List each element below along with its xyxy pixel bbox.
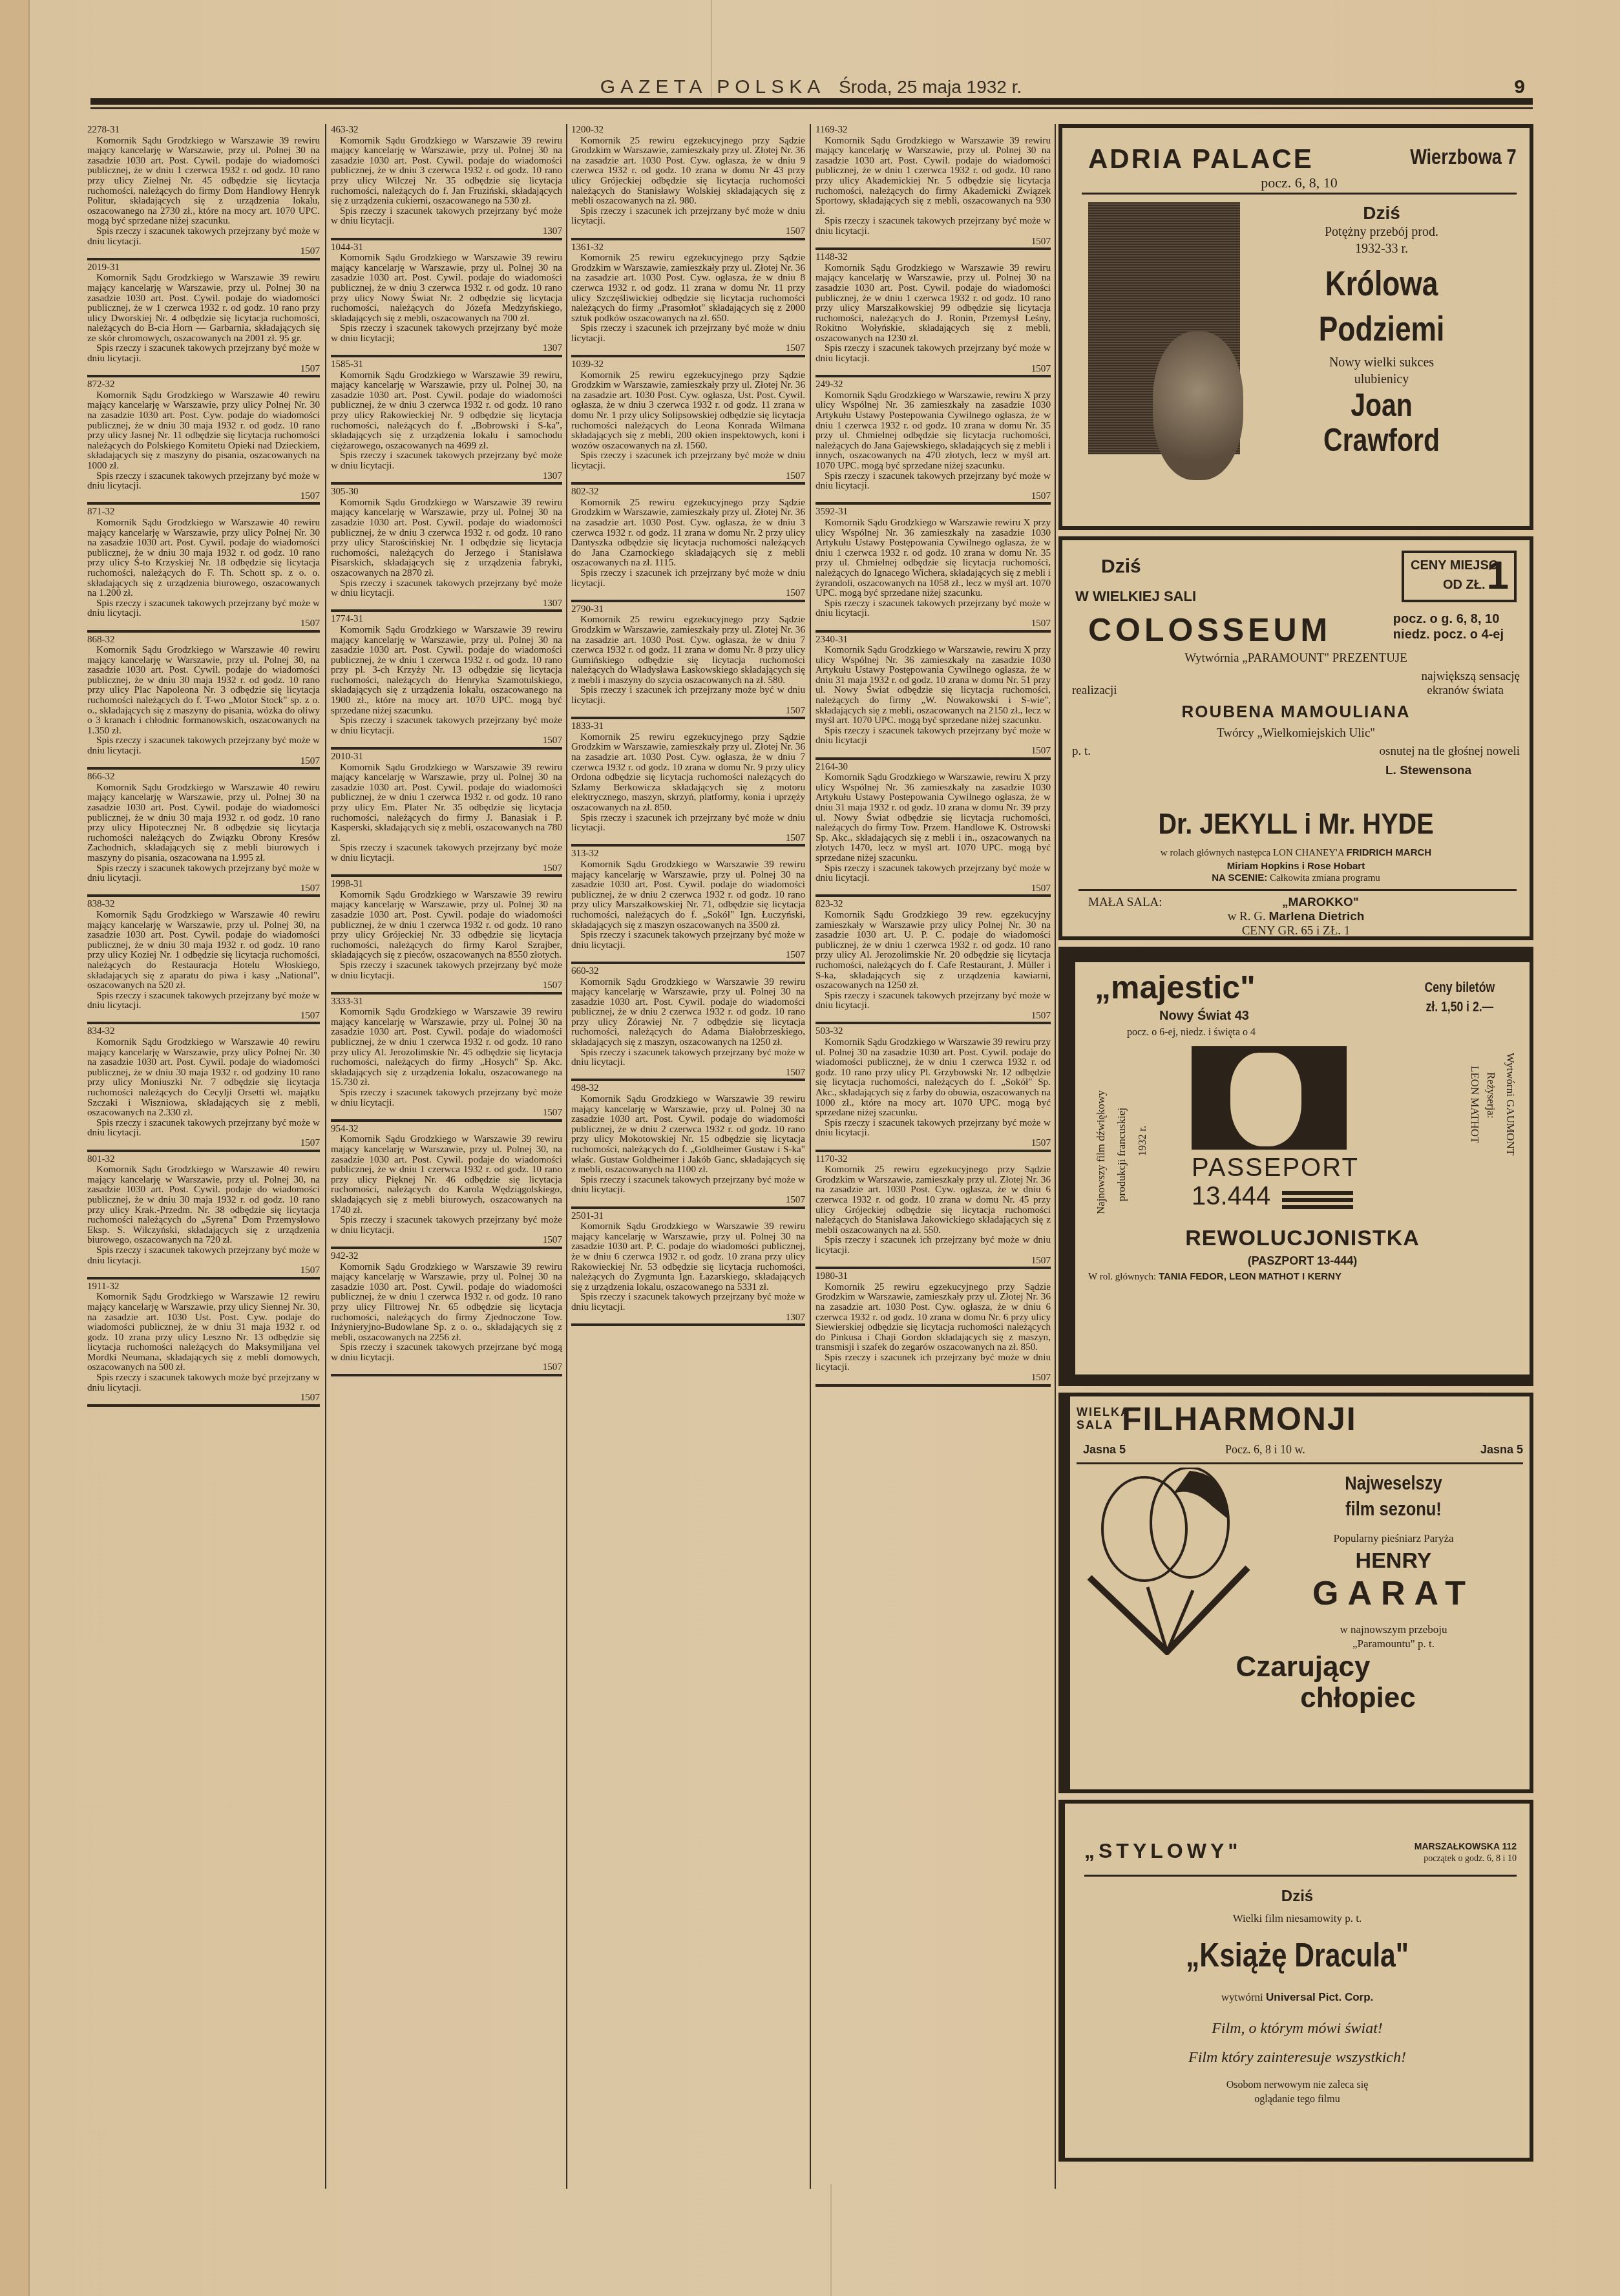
notice-inventory-note: Spis rzeczy i szacunek takowych może być… bbox=[87, 1373, 320, 1393]
notice-inventory-note: Spis rzeczy i szacunek takowych przejrza… bbox=[331, 206, 562, 226]
page-edge bbox=[0, 0, 30, 2296]
legal-notice: 834-32Komornik Sądu Grodzkiego w Warszaw… bbox=[87, 1026, 320, 1152]
case-number: 1911-32 bbox=[87, 1282, 320, 1292]
notice-inventory-note: Spis rzeczy i szacunek ich przejrzany by… bbox=[571, 450, 805, 470]
notice-code: 1507 bbox=[571, 833, 805, 843]
notice-code: 1507 bbox=[815, 491, 1051, 501]
cast: W rol. głównych: TANIA FEDOR, LEON MATHO… bbox=[1088, 1271, 1523, 1283]
page-number: 9 bbox=[1514, 76, 1525, 98]
cinema-name: COLOSSEUM bbox=[1088, 611, 1331, 649]
notice-body: Komornik Sądu Grodzkiego w Warszawie 39 … bbox=[571, 1221, 805, 1292]
notice-body: Komornik Sądu Grodzkiego 39 rew. egzekuc… bbox=[815, 910, 1051, 991]
notice-inventory-note: Spis rzeczy i szacunek takowych przejrza… bbox=[571, 930, 805, 950]
notice-inventory-note: Spis rzeczy i szacunek takowych przejrza… bbox=[87, 343, 320, 363]
showtimes: pocz. 6, 8, 10 bbox=[1082, 174, 1517, 191]
legal-notice: 660-32Komornik Sądu Grodzkiego w Warszaw… bbox=[571, 965, 805, 1082]
notice-code: 1507 bbox=[571, 343, 805, 353]
small-film: „MAROKKO" bbox=[1282, 896, 1520, 910]
notice-body: Komornik Sądu Grodzkiego w Warszawie 39 … bbox=[815, 263, 1051, 344]
legal-notice: 823-32Komornik Sądu Grodzkiego 39 rew. e… bbox=[815, 898, 1051, 1024]
case-number: 2790-31 bbox=[571, 605, 805, 615]
case-number: 3333-31 bbox=[331, 997, 562, 1007]
case-number: 1361-32 bbox=[571, 243, 805, 253]
showtimes: pocz. o 6-ej, niedz. i święta o 4 bbox=[1127, 1027, 1256, 1038]
notice-code: 1507 bbox=[331, 1108, 562, 1118]
column-divider bbox=[325, 124, 326, 2189]
notice-code: 1507 bbox=[815, 746, 1051, 756]
legal-notice: 498-32Komornik Sądu Grodzkiego w Warszaw… bbox=[571, 1082, 805, 1208]
today-label: Dziś bbox=[1065, 1888, 1530, 1906]
notice-code: 1507 bbox=[87, 1393, 320, 1403]
notice-body: Komornik Sądu Grodzkiego w Warszawie 39 … bbox=[571, 1094, 805, 1175]
notice-code: 1507 bbox=[571, 950, 805, 960]
legal-notice: 1998-31Komornik Sądu Grodzkiego w Warsza… bbox=[331, 878, 562, 995]
notice-body: Komornik 25 rewiru egzekucyjnego przy Są… bbox=[815, 1282, 1051, 1353]
notice-body: Komornik Sądu Grodzkiego w Warszawie 40 … bbox=[87, 518, 320, 598]
notice-code: 1507 bbox=[87, 618, 320, 629]
slogan-2: Film który zainteresuje wszystkich! bbox=[1065, 2049, 1530, 2067]
notice-code: 1507 bbox=[571, 588, 805, 598]
case-number: 868-32 bbox=[87, 635, 320, 646]
notice-inventory-note: Spis rzeczy i szacunek takowych przejrza… bbox=[815, 216, 1051, 236]
case-number: 954-32 bbox=[331, 1124, 562, 1135]
notices-column-1: 2278-31Komornik Sądu Grodzkiego w Warsza… bbox=[87, 124, 320, 1408]
notice-code: 1307 bbox=[331, 226, 562, 237]
legal-notice: 868-32Komornik Sądu Grodzkiego w Warszaw… bbox=[87, 634, 320, 770]
notice-code: 1307 bbox=[331, 471, 562, 481]
star-name: Joan bbox=[1268, 388, 1495, 423]
case-number: 2019-31 bbox=[87, 263, 320, 273]
notice-code: 1507 bbox=[87, 491, 320, 501]
notice-body: Komornik Sądu Grodzkiego w Warszawie 39 … bbox=[331, 1134, 562, 1215]
notice-code: 1507 bbox=[87, 1138, 320, 1148]
case-number: 1169-32 bbox=[815, 125, 1051, 136]
legal-notice: 871-32Komornik Sądu Grodzkiego w Warszaw… bbox=[87, 506, 320, 632]
cinema-name: FILHARMONJI bbox=[1122, 1400, 1357, 1438]
legal-notice: 1833-31Komornik 25 rewiru egzekucyjnego … bbox=[571, 721, 805, 847]
notice-inventory-note: Spis rzeczy i szacunek takowych przejrza… bbox=[87, 1245, 320, 1265]
notice-code: 1507 bbox=[815, 364, 1051, 374]
notice-inventory-note: Spis rzeczy i szacunek takowych przejrza… bbox=[331, 1215, 562, 1235]
notices-column-3: 1200-32Komornik 25 rewiru egzekucyjnego … bbox=[571, 124, 805, 1327]
notice-inventory-note: Spis rzeczy i szacunek takowych przejrza… bbox=[87, 1118, 320, 1138]
legal-notice: 2019-31Komornik Sądu Grodzkiego w Warsza… bbox=[87, 262, 320, 378]
notice-body: Komornik 25 rewiru egzekucyjnego przy Są… bbox=[571, 615, 805, 685]
notice-code: 1507 bbox=[571, 1068, 805, 1078]
notice-inventory-note: Spis rzeczy i szacunek takowych przejrza… bbox=[331, 1342, 562, 1362]
notice-code: 1507 bbox=[571, 226, 805, 237]
notice-inventory-note: Spis rzeczy i szacunek ich przejrzany by… bbox=[571, 206, 805, 226]
film-title-2: Podziemi bbox=[1268, 310, 1495, 348]
notice-inventory-note: Spis rzeczy i szacunek ich przejrzany by… bbox=[815, 1353, 1051, 1373]
notice-body: Komornik Sądu Grodzkiego w Warszawie 40 … bbox=[87, 390, 320, 471]
case-number: 463-32 bbox=[331, 125, 562, 136]
notice-code: 1307 bbox=[331, 343, 562, 353]
notice-body: Komornik Sądu Grodzkiego w Warszawie 39 … bbox=[331, 498, 562, 578]
notice-inventory-note: Spis rzeczy i szacunek takowych przejrza… bbox=[331, 843, 562, 863]
column-divider bbox=[1055, 124, 1056, 2189]
legal-notice: 2790-31Komornik 25 rewiru egzekucyjnego … bbox=[571, 604, 805, 720]
notices-column-4: 1169-32Komornik Sądu Grodzkiego w Warsza… bbox=[815, 124, 1051, 1388]
case-number: 942-32 bbox=[331, 1252, 562, 1262]
legal-notice: 2340-31Komornik Sądu Grodzkiego w Warsza… bbox=[815, 634, 1051, 760]
notice-body: Komornik Sądu Grodzkiego w Warszawie 39 … bbox=[331, 370, 562, 451]
warning: Osobom nerwowym nie zaleca się oglądanie… bbox=[1065, 2078, 1530, 2107]
hall-label: W WIELKIEJ SALI bbox=[1075, 588, 1196, 605]
notice-inventory-note: Spis rzeczy i szacunek takowych przejrza… bbox=[815, 1118, 1051, 1138]
vertical-text-left: Najnowszy film dźwiękowy produkcji franc… bbox=[1088, 1053, 1159, 1214]
notice-inventory-note: Spis rzeczy i szacunek takowych przejrza… bbox=[87, 735, 320, 755]
notice-code: 1507 bbox=[815, 1373, 1051, 1383]
legal-notice: 2501-31Komornik Sądu Grodzkiego w Warsza… bbox=[571, 1210, 805, 1327]
notice-code: 1507 bbox=[815, 883, 1051, 894]
legal-notice: 1148-32Komornik Sądu Grodzkiego w Warsza… bbox=[815, 251, 1051, 377]
notice-inventory-note: Spis rzeczy i szacunek takowych przejrza… bbox=[571, 1175, 805, 1195]
legal-notice: 1169-32Komornik Sądu Grodzkiego w Warsza… bbox=[815, 124, 1051, 250]
notice-code: 1307 bbox=[331, 598, 562, 609]
legal-notice: 801-32Komornik Sądu Grodzkiego w Warszaw… bbox=[87, 1153, 320, 1280]
notice-inventory-note: Spis rzeczy i szacunek takowych przejrza… bbox=[87, 991, 320, 1011]
legal-notice: 1039-32Komornik 25 rewiru egzekucyjnego … bbox=[571, 359, 805, 485]
notice-code: 1507 bbox=[331, 735, 562, 746]
case-number: 1980-31 bbox=[815, 1272, 1051, 1282]
notice-body: Komornik 25 rewiru egzekucyjnego przy Są… bbox=[571, 253, 805, 323]
notice-code: 1507 bbox=[87, 1011, 320, 1021]
legal-notice: 1980-31Komornik 25 rewiru egzekucyjnego … bbox=[815, 1270, 1051, 1387]
notice-inventory-note: Spis rzeczy i szacunek takowych przejrza… bbox=[331, 1088, 562, 1108]
column-divider bbox=[810, 124, 811, 2189]
legal-notice: 2278-31Komornik Sądu Grodzkiego w Warsza… bbox=[87, 124, 320, 260]
notice-code: 1507 bbox=[815, 1011, 1051, 1021]
notice-inventory-note: Spis rzeczy i szacunek ich przejrzany by… bbox=[815, 1235, 1051, 1255]
notice-body: Komornik Sądu Grodzkiego w Warszawie 40 … bbox=[87, 783, 320, 863]
notice-body: Komornik Sądu Grodzkiego w Warszawie, re… bbox=[815, 772, 1051, 863]
notice-body: Komornik Sądu Grodzkiego w Warszawie 39 … bbox=[331, 136, 562, 206]
actress-photo bbox=[1088, 202, 1240, 454]
notice-body: Komornik Sądu Grodzkiego w Warszawie, re… bbox=[815, 390, 1051, 471]
cinema-name: ADRIA PALACE bbox=[1088, 143, 1314, 174]
case-number: 838-32 bbox=[87, 900, 320, 910]
notice-code: 1507 bbox=[87, 883, 320, 894]
notices-column-2: 463-32Komornik Sądu Grodzkiego w Warszaw… bbox=[331, 124, 562, 1378]
case-number: 313-32 bbox=[571, 849, 805, 859]
column-divider bbox=[566, 124, 567, 2189]
newspaper-title: GAZETA POLSKA bbox=[600, 76, 825, 98]
paper-crease bbox=[830, 2184, 832, 2296]
star-surname: Crawford bbox=[1268, 423, 1495, 458]
ad-adria-palace: ADRIA PALACE Wierzbowa 7 pocz. 6, 8, 10 … bbox=[1058, 124, 1533, 530]
notice-body: Komornik Sądu Grodzkiego w Warszawie 39 … bbox=[331, 253, 562, 323]
notice-inventory-note: Spis rzeczy i szacunek takowych przejrza… bbox=[331, 578, 562, 598]
case-number: 1039-32 bbox=[571, 360, 805, 370]
ticket-prices: Ceny biletów zł. 1,50 i 2.— bbox=[1425, 978, 1495, 1016]
legal-notice: 3592-31Komornik Sądu Grodzkiego w Warsza… bbox=[815, 506, 1051, 632]
poster-illustration bbox=[1192, 1046, 1347, 1150]
case-number: 2010-31 bbox=[331, 752, 562, 763]
notice-code: 1507 bbox=[815, 1138, 1051, 1148]
cinema-ads-column: ADRIA PALACE Wierzbowa 7 pocz. 6, 8, 10 … bbox=[1058, 124, 1533, 2168]
legal-notice: 2164-30Komornik Sądu Grodzkiego w Warsza… bbox=[815, 761, 1051, 898]
notice-body: Komornik 25 rewiru egzekucyjnego przy Są… bbox=[571, 370, 805, 451]
notice-inventory-note: Spis rzeczy i szacunek ich przejrzany mo… bbox=[571, 685, 805, 705]
legal-notice: 305-30Komornik Sądu Grodzkiego w Warszaw… bbox=[331, 486, 562, 612]
notice-body: Komornik Sądu Grodzkiego w Warszawie 40 … bbox=[87, 1037, 320, 1118]
legal-notice: 838-32Komornik Sądu Grodzkiego w Warszaw… bbox=[87, 898, 320, 1024]
film-title: Królowa bbox=[1268, 265, 1495, 302]
ad-filharmonja: WIELKA SALA FILHARMONJI Jasna 5 Pocz. 6,… bbox=[1058, 1393, 1533, 1793]
legal-notice: 3333-31Komornik Sądu Grodzkiego w Warsza… bbox=[331, 996, 562, 1122]
notice-code: 1507 bbox=[87, 756, 320, 766]
showtimes: Pocz. 6, 8 i 10 w. bbox=[1225, 1443, 1305, 1457]
notice-body: Komornik Sądu Grodzkiego w Warszawie 39 … bbox=[331, 1262, 562, 1343]
case-number: 1200-32 bbox=[571, 125, 805, 136]
notice-body: Komornik Sądu Grodzkiego w Warszawie 12 … bbox=[87, 1292, 320, 1373]
notice-inventory-note: Spis rzeczy i szacunek takowych przejrza… bbox=[331, 715, 562, 735]
case-number: 1585-31 bbox=[331, 360, 562, 370]
notice-inventory-note: Spis rzeczy i szacunek takowych przejrza… bbox=[815, 343, 1051, 363]
masthead-rule-thin bbox=[90, 107, 1533, 109]
notice-inventory-note: Spis rzeczy i szacunek takowych przejrza… bbox=[87, 471, 320, 491]
success-line: Nowy wielki sukces bbox=[1243, 354, 1520, 371]
masthead-rule bbox=[90, 98, 1533, 105]
notice-body: Komornik Sądu Grodzkiego w Warszawie 39 … bbox=[331, 890, 562, 960]
film-title: Czarujący chłopiec bbox=[1083, 1652, 1523, 1714]
case-number: 823-32 bbox=[815, 900, 1051, 910]
showtimes: pocz. o g. 6, 8, 10 niedz. pocz. o 4-ej bbox=[1393, 611, 1504, 642]
notice-inventory-note: Spis rzeczy i szacunek takowych przejrza… bbox=[331, 450, 562, 470]
notice-code: 1507 bbox=[87, 246, 320, 257]
notice-inventory-note: Spis rzeczy i szacunek takowych przejrza… bbox=[815, 726, 1051, 746]
case-number: 498-32 bbox=[571, 1084, 805, 1094]
favourite-line: ulubienicy bbox=[1243, 371, 1520, 388]
notice-inventory-note: Spis rzeczy i szacunek takowych przejrza… bbox=[87, 226, 320, 246]
case-number: 1148-32 bbox=[815, 253, 1051, 263]
legal-notice: 503-32Komornik Sądu Grodzkiego w Warszaw… bbox=[815, 1026, 1051, 1152]
notice-body: Komornik 25 rewiru egzekucyjnego przy Są… bbox=[571, 732, 805, 813]
notice-code: 1507 bbox=[571, 1195, 805, 1205]
notice-inventory-note: Spis rzeczy i szacunek takowych przejrza… bbox=[815, 471, 1051, 491]
legal-notice: 1170-32Komornik 25 rewiru egzekucyjnego … bbox=[815, 1153, 1051, 1270]
notice-code: 1507 bbox=[571, 471, 805, 481]
cinema-address: MARSZAŁKOWSKA 112 początek o godz. 6, 8 … bbox=[1415, 1840, 1517, 1866]
couple-illustration bbox=[1083, 1468, 1257, 1655]
cinema-name: „majestic" bbox=[1095, 969, 1256, 1006]
case-number: 1998-31 bbox=[331, 879, 562, 890]
film-title: „Książę Dracula" bbox=[1107, 1936, 1488, 1975]
legal-notice: 463-32Komornik Sądu Grodzkiego w Warszaw… bbox=[331, 124, 562, 240]
notice-body: Komornik Sądu Grodzkiego w Warszawie 39 … bbox=[87, 273, 320, 343]
case-number: 1170-32 bbox=[815, 1155, 1051, 1165]
case-number: 249-32 bbox=[815, 380, 1051, 390]
notice-inventory-note: Spis rzeczy i szacunek takowych przejrza… bbox=[87, 598, 320, 618]
notice-inventory-note: Spis rzeczy i szacunek takowych przejrza… bbox=[815, 863, 1051, 883]
notice-body: Komornik Sądu Grodzkiego w Warszawie rew… bbox=[815, 518, 1051, 598]
legal-notice: 1361-32Komornik 25 rewiru egzekucyjnego … bbox=[571, 242, 805, 358]
slogan: Film, o którym mówi świat! bbox=[1065, 2020, 1530, 2038]
notice-inventory-note: Spis rzeczy i szacunek takowych przejrza… bbox=[331, 323, 562, 343]
ad-majestic: „majestic" Nowy Świat 43 pocz. o 6-ej, n… bbox=[1058, 947, 1533, 1386]
notice-code: 1507 bbox=[815, 1256, 1051, 1266]
notice-body: Komornik Sądu Grodzkiego w Warszawie 39 … bbox=[87, 136, 320, 226]
notice-inventory-note: Spis rzeczy i szacunek takowych przejrza… bbox=[571, 1292, 805, 1312]
notice-code: 1507 bbox=[331, 980, 562, 991]
legal-notice: 2010-31Komornik Sądu Grodzkiego w Warsza… bbox=[331, 751, 562, 877]
ad-stylowy: „STYLOWY" MARSZAŁKOWSKA 112 początek o g… bbox=[1058, 1800, 1533, 2162]
headline: Najweselszy bbox=[1283, 1471, 1504, 1497]
case-number: 801-32 bbox=[87, 1155, 320, 1165]
legal-notice: 1200-32Komornik 25 rewiru egzekucyjnego … bbox=[571, 124, 805, 240]
notice-body: Komornik Sądu Grodzkiego w Warszawie 40 … bbox=[87, 1164, 320, 1245]
legal-notice: 1911-32Komornik Sądu Grodzkiego w Warsza… bbox=[87, 1281, 320, 1407]
case-number: 866-32 bbox=[87, 772, 320, 783]
notice-code: 1507 bbox=[87, 364, 320, 374]
notice-code: 1507 bbox=[87, 1265, 320, 1276]
star-surname: GARAT bbox=[1264, 1574, 1523, 1613]
poster-title: PASSEPORT bbox=[1192, 1153, 1359, 1183]
ad-colosseum: Dziś W WIELKIEJ SALI CENY MIEJSC OD ZŁ. … bbox=[1058, 536, 1533, 940]
star-name: HENRY bbox=[1264, 1548, 1523, 1574]
case-number: 2501-31 bbox=[571, 1212, 805, 1222]
notice-code: 1507 bbox=[815, 618, 1051, 629]
notice-code: 1307 bbox=[571, 1312, 805, 1323]
notice-body: Komornik 25 rewiru egzekucyjnego przy Są… bbox=[815, 1164, 1051, 1235]
notice-inventory-note: Spis rzeczy i szacunek takowych przejrza… bbox=[815, 991, 1051, 1011]
case-number: 503-32 bbox=[815, 1027, 1051, 1037]
notice-body: Komornik 25 rewiru egzekucyjnego przy Są… bbox=[571, 136, 805, 206]
notice-inventory-note: Spis rzeczy i szacunek ich przejrzany by… bbox=[571, 568, 805, 588]
notice-body: Komornik Sądu Grodzkiego w Warszawie 39 … bbox=[571, 977, 805, 1048]
film-subtitle: (PASZPORT 13-444) bbox=[1088, 1254, 1517, 1268]
case-number: 802-32 bbox=[571, 487, 805, 498]
notice-inventory-note: Spis rzeczy i szacunek ich przejrzany by… bbox=[571, 813, 805, 833]
legal-notice: 866-32Komornik Sądu Grodzkiego w Warszaw… bbox=[87, 771, 320, 897]
notice-code: 1507 bbox=[331, 1235, 562, 1245]
price-box: CENY MIEJSC OD ZŁ. 1 bbox=[1402, 551, 1517, 602]
case-number: 1044-31 bbox=[331, 243, 562, 253]
legal-notice: 872-32Komornik Sądu Grodzkiego w Warszaw… bbox=[87, 379, 320, 505]
cinema-address: Wierzbowa 7 bbox=[1410, 145, 1517, 170]
notice-code: 1507 bbox=[815, 237, 1051, 247]
price-value: 1 bbox=[1487, 554, 1509, 597]
notice-inventory-note: Spis rzeczy i szacunek takowych przejrza… bbox=[331, 960, 562, 980]
notice-inventory-note: Spis rzeczy i szacunek takowych przejrza… bbox=[571, 1048, 805, 1068]
cinema-name: „STYLOWY" bbox=[1084, 1839, 1241, 1863]
notice-body: Komornik 25 rewiru egzekucyjnego przy Są… bbox=[571, 498, 805, 568]
film-title: REWOLUCJONISTKA bbox=[1088, 1226, 1517, 1251]
studio-line: Wytwórnia „PARAMOUNT" PREZENTUJE bbox=[1072, 651, 1520, 666]
issue-date: Środa, 25 maja 1932 r. bbox=[839, 77, 1022, 97]
notice-body: Komornik Sądu Grodzkiego w Warszawie 39 … bbox=[331, 1007, 562, 1088]
legal-notice: 942-32Komornik Sądu Grodzkiego w Warszaw… bbox=[331, 1250, 562, 1376]
legal-notice: 313-32Komornik Sądu Grodzkiego w Warszaw… bbox=[571, 848, 805, 964]
notice-body: Komornik Sądu Grodzkiego w Warszawie 40 … bbox=[87, 910, 320, 991]
notice-inventory-note: Spis rzeczy i szacunek ich przejrzany by… bbox=[571, 323, 805, 343]
legal-notice: 954-32Komornik Sądu Grodzkiego w Warszaw… bbox=[331, 1123, 562, 1249]
case-number: 871-32 bbox=[87, 507, 320, 518]
case-number: 834-32 bbox=[87, 1027, 320, 1037]
notice-inventory-note: Spis rzeczy i szacunek takowych przejrza… bbox=[87, 863, 320, 883]
notice-body: Komornik Sądu Grodzkiego w Warszawie 39 … bbox=[815, 1037, 1051, 1118]
legal-notice: 1585-31Komornik Sądu Grodzkiego w Warsza… bbox=[331, 359, 562, 485]
notice-body: Komornik Sądu Grodzkiego w Warszawie 39 … bbox=[571, 859, 805, 930]
notice-body: Komornik Sądu Grodzkiego w Warszawie 39 … bbox=[815, 136, 1051, 216]
case-number: 1833-31 bbox=[571, 722, 805, 732]
poster-number: 13.444 bbox=[1192, 1182, 1270, 1211]
vertical-text-right: Wytwórni GAUMONT Reżyserja: LEON MATHOT bbox=[1452, 1053, 1523, 1214]
case-number: 872-32 bbox=[87, 380, 320, 390]
season: 1932-33 r. bbox=[1243, 240, 1520, 257]
legal-notice: 1044-31Komornik Sądu Grodzkiego w Warsza… bbox=[331, 242, 562, 358]
case-number: 2164-30 bbox=[815, 763, 1051, 773]
notice-code: 1507 bbox=[331, 863, 562, 874]
case-number: 1774-31 bbox=[331, 615, 562, 625]
film-title: Dr. JEKYLL i Mr. HYDE bbox=[1091, 808, 1500, 841]
notice-body: Komornik Sądu Grodzkiego w Warszawie 39 … bbox=[331, 763, 562, 843]
case-number: 305-30 bbox=[331, 487, 562, 498]
notice-inventory-note: Spis rzeczy i szacunek takowych przejrza… bbox=[815, 598, 1051, 618]
today-label: Dziś bbox=[1243, 203, 1520, 224]
case-number: 3592-31 bbox=[815, 507, 1051, 518]
director: ROUBENA MAMOULIANA bbox=[1072, 702, 1520, 722]
case-number: 2278-31 bbox=[87, 125, 320, 136]
notice-body: Komornik Sądu Grodzkiego w Warszawie, re… bbox=[815, 645, 1051, 726]
legal-notice: 249-32Komornik Sądu Grodzkiego w Warszaw… bbox=[815, 379, 1051, 505]
notice-body: Komornik Sądu Grodzkiego w Warszawie 40 … bbox=[87, 645, 320, 735]
today-label: Dziś bbox=[1101, 556, 1141, 578]
notice-code: 1507 bbox=[571, 706, 805, 716]
cinema-address: Nowy Świat 43 bbox=[1159, 1009, 1249, 1024]
case-number: 2340-31 bbox=[815, 635, 1051, 646]
legal-notice: 802-32Komornik 25 rewiru egzekucyjnego p… bbox=[571, 486, 805, 602]
notice-code: 1507 bbox=[331, 1362, 562, 1373]
tagline: Potężny przebój prod. bbox=[1243, 224, 1520, 240]
legal-notice: 1774-31Komornik Sądu Grodzkiego w Warsza… bbox=[331, 613, 562, 750]
notice-body: Komornik Sądu Grodzkiego w Warszawie 39 … bbox=[331, 625, 562, 715]
case-number: 660-32 bbox=[571, 967, 805, 977]
